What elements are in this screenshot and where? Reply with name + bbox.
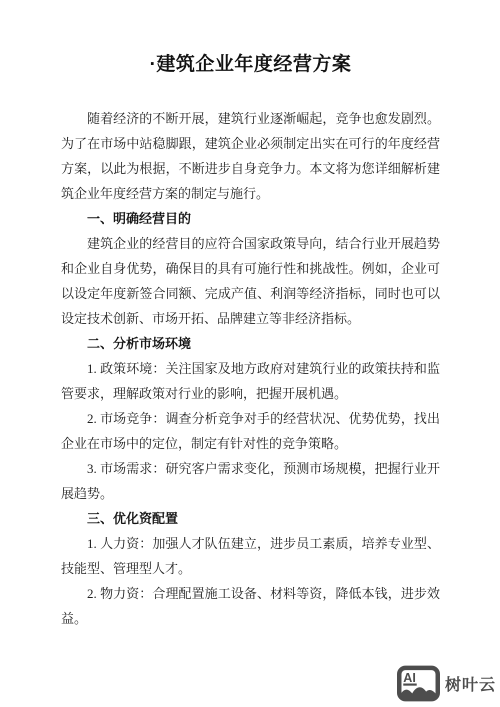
document-sheet: ·建筑企业年度经营方案 随着经济的不断开展，建筑行业逐渐崛起，竞争也愈发剧烈。为… <box>0 0 500 707</box>
section-heading-3: 三、优化资配置 <box>61 506 440 531</box>
section-heading-2: 二、分析市场环境 <box>61 331 440 356</box>
page-title: ·建筑企业年度经营方案 <box>61 50 440 80</box>
ai-image-icon: AI <box>397 665 440 702</box>
section-2-item-2: 2. 市场竞争：调查分析竞争对手的经营状况、优势优势，找出企业在市场中的定位，制… <box>61 406 440 456</box>
document-page: ·建筑企业年度经营方案 随着经济的不断开展，建筑行业逐渐崛起，竞争也愈发剧烈。为… <box>0 0 500 631</box>
intro-paragraph: 随着经济的不断开展，建筑行业逐渐崛起，竞争也愈发剧烈。为了在市场中站稳脚跟，建筑… <box>61 106 440 206</box>
svg-text:AI: AI <box>403 671 416 685</box>
section-2-item-1: 1. 政策环境：关注国家及地方政府对建筑行业的政策扶持和监管要求，理解政策对行业… <box>61 356 440 406</box>
section-1-paragraph: 建筑企业的经营目的应符合国家政策导向，结合行业开展趋势和企业自身优势，确保目的具… <box>61 231 440 331</box>
watermark-brand: 树叶云 <box>445 672 496 695</box>
section-3-item-2: 2. 物力资：合理配置施工设备、材料等资，降低本钱，进步效益。 <box>61 581 440 631</box>
section-2-item-3: 3. 市场需求：研究客户需求变化，预测市场规模，把握行业开展趋势。 <box>61 456 440 506</box>
watermark: AI 树叶云 <box>397 665 496 702</box>
section-3-item-1: 1. 人力资：加强人才队伍建立，进步员工素质，培养专业型、技能型、管理型人才。 <box>61 531 440 581</box>
section-heading-1: 一、明确经营目的 <box>61 206 440 231</box>
